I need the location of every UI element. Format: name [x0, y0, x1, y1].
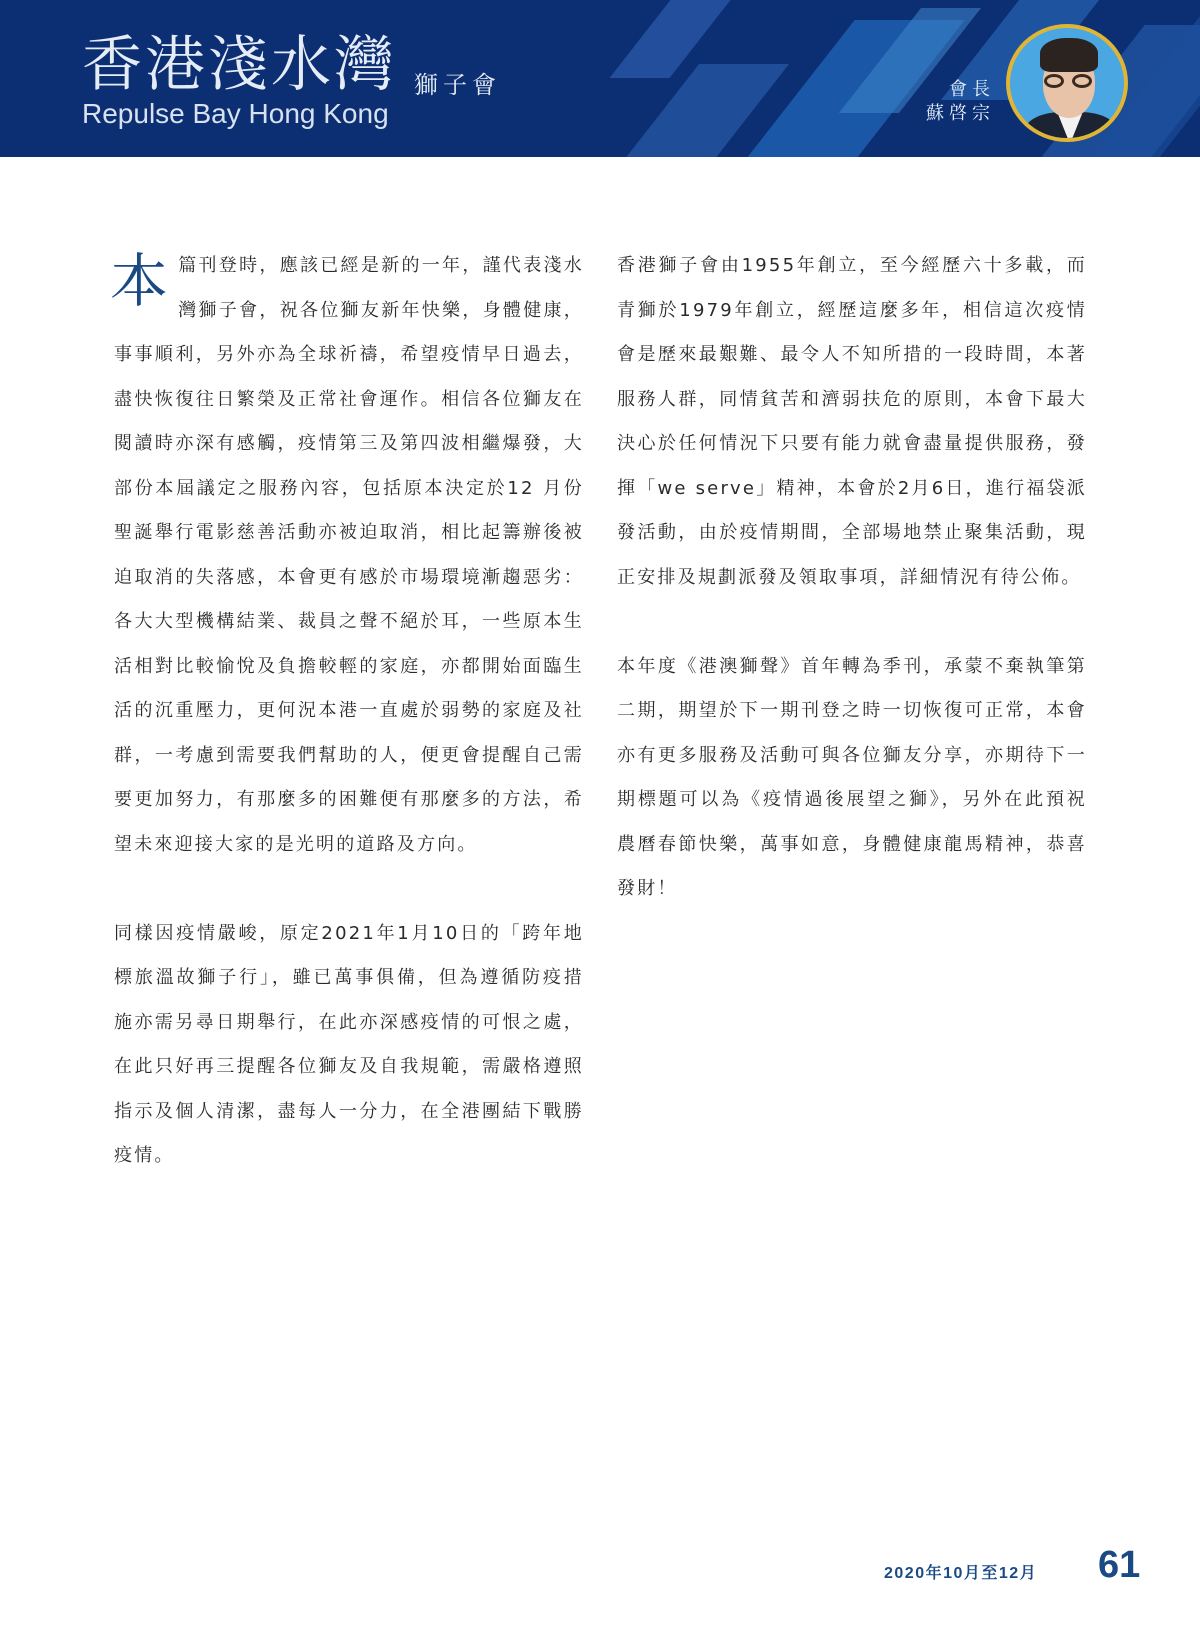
author-credit: 會長 蘇啓宗 [926, 78, 995, 126]
drop-cap: 本 [110, 250, 170, 312]
author-role: 會長 [926, 78, 995, 102]
article-column-left: 本 篇刊登時，應該已經是新的一年，謹代表淺水灣獅子會，祝各位獅友新年快樂，身體健… [114, 244, 584, 1223]
club-title-english: Repulse Bay Hong Kong [82, 98, 389, 130]
glasses-icon [1044, 74, 1064, 88]
article-paragraph: 同樣因疫情嚴峻，原定2021年1月10日的「跨年地標旅溫故獅子行」，雖已萬事俱備… [114, 912, 584, 1179]
portrait-hair [1040, 38, 1098, 72]
president-portrait [1006, 24, 1128, 142]
article-column-right: 香港獅子會由1955年創立，至今經歷六十多載，而青獅於1979年創立，經歷這麼多… [617, 244, 1087, 956]
page-header-banner: 香港淺水灣 獅子會 Repulse Bay Hong Kong 會長 蘇啓宗 [0, 0, 1200, 157]
article-paragraph: 本 篇刊登時，應該已經是新的一年，謹代表淺水灣獅子會，祝各位獅友新年快樂，身體健… [114, 244, 584, 867]
paragraph-text: 篇刊登時，應該已經是新的一年，謹代表淺水灣獅子會，祝各位獅友新年快樂，身體健康，… [114, 255, 584, 855]
club-title-chinese: 香港淺水灣 [82, 30, 397, 100]
page-number: 61 [1098, 1544, 1140, 1587]
author-name: 蘇啓宗 [926, 102, 995, 126]
issue-date: 2020年10月至12月 [884, 1560, 1037, 1583]
article-paragraph: 香港獅子會由1955年創立，至今經歷六十多載，而青獅於1979年創立，經歷這麼多… [617, 244, 1087, 600]
article-paragraph: 本年度《港澳獅聲》首年轉為季刊，承蒙不棄執筆第二期，期望於下一期刊登之時一切恢復… [617, 645, 1087, 912]
glasses-icon [1072, 74, 1092, 88]
club-title-suffix: 獅子會 [414, 70, 501, 100]
